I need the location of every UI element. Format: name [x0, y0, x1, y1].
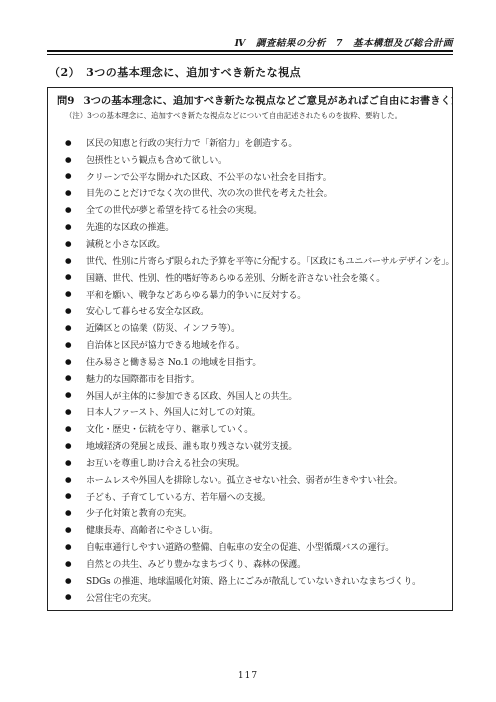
opinion-item: ●健康長寿、高齢者にやさしい街。	[65, 521, 448, 538]
opinion-text: 公営住宅の充実。	[86, 591, 156, 604]
opinion-text: 近隣区との協業（防災、インフラ等）。	[86, 321, 240, 334]
opinion-text: 安心して暮らせる安全な区政。	[86, 304, 209, 317]
bullet-icon: ●	[65, 156, 86, 164]
opinion-item: ●包摂性という観点も含めて欲しい。	[65, 151, 448, 168]
opinion-item: ●文化・歴史・伝統を守り、継承していく。	[65, 420, 448, 437]
bullet-icon: ●	[65, 391, 86, 399]
opinion-item: ●公営住宅の充実。	[65, 589, 448, 606]
bullet-icon: ●	[65, 206, 86, 214]
opinion-item: ●外国人が主体的に参加できる区政、外国人との共生。	[65, 387, 448, 404]
opinion-item: ●平和を願い、戦争などあらゆる暴力的争いに反対する。	[65, 286, 448, 303]
opinion-text: 子ども、子育てしている方、若年層への支援。	[86, 490, 271, 503]
opinion-item: ●減税と小さな区政。	[65, 235, 448, 252]
note-text: （注）3つの基本理念に、追加すべき新たな視点などについて自由記述されたものを抜粋…	[48, 111, 452, 121]
bullet-icon: ●	[65, 476, 86, 484]
question-text: 3つの基本理念に、追加すべき新たな視点などご意見があればご自由にお書きください。	[83, 95, 453, 108]
bullet-icon: ●	[65, 509, 86, 517]
bullet-icon: ●	[65, 189, 86, 197]
opinion-item: ●魅力的な国際都市を目指す。	[65, 370, 448, 387]
opinion-text: 健康長寿、高齢者にやさしい街。	[86, 523, 218, 536]
opinion-text: 目先のことだけでなく次の世代、次の次の世代を考えた社会。	[86, 186, 332, 199]
bullet-icon: ●	[65, 526, 86, 534]
opinion-item: ●自然との共生、みどり豊かなまちづくり、森林の保護。	[65, 555, 448, 572]
question-row: 問9 3つの基本理念に、追加すべき新たな視点などご意見があればご自由にお書きくだ…	[48, 88, 452, 108]
bullet-icon: ●	[65, 324, 86, 332]
opinion-text: 先進的な区政の推進。	[86, 220, 174, 233]
bullet-icon: ●	[65, 341, 86, 349]
section-title: （2） 3つの基本理念に、追加すべき新たな視点	[49, 64, 301, 80]
opinion-list: ●区民の知恵と行政の実行力で「新宿力」を創造する。 ●包摂性という観点も含めて欲…	[48, 134, 452, 606]
opinion-text: 国籍、世代、性別、性的嗜好等あらゆる差別、分断を許さない社会を築く。	[86, 271, 385, 284]
opinion-text: 平和を願い、戦争などあらゆる暴力的争いに反対する。	[86, 288, 306, 301]
opinion-item: ●お互いを尊重し助け合える社会の実現。	[65, 454, 448, 471]
opinion-text: 住み易さと働き易さ No.1 の地域を目指す。	[86, 355, 261, 368]
opinion-text: 日本人ファースト、外国人に対しての対策。	[86, 405, 261, 418]
opinion-text: 自転車通行しやすい道路の整備、自転車の安全の促進、小型循環バスの運行。	[86, 540, 394, 553]
opinion-text: 減税と小さな区政。	[86, 237, 165, 250]
bullet-icon: ●	[65, 560, 86, 568]
question-label: 問9	[57, 95, 74, 108]
bullet-icon: ●	[65, 425, 86, 433]
opinion-item: ●地域経済の発展と成長、誰も取り残さない就労支援。	[65, 437, 448, 454]
opinion-item: ●自転車通行しやすい道路の整備、自転車の安全の促進、小型循環バスの運行。	[65, 538, 448, 555]
opinion-text: 世代、性別に片寄らず限られた予算を平等に分配する。「区政にもユニバーサルデザイン…	[86, 254, 453, 267]
opinion-item: ●全ての世代が夢と希望を持てる社会の実現。	[65, 201, 448, 218]
opinion-item: ●近隣区との協業（防災、インフラ等）。	[65, 319, 448, 336]
opinion-text: 外国人が主体的に参加できる区政、外国人との共生。	[86, 389, 297, 402]
opinion-text: お互いを尊重し助け合える社会の実現。	[86, 456, 244, 469]
opinion-item: ●少子化対策と教育の充実。	[65, 505, 448, 522]
opinion-text: 区民の知恵と行政の実行力で「新宿力」を創造する。	[86, 136, 297, 149]
opinion-item: ●先進的な区政の推進。	[65, 218, 448, 235]
opinion-text: 地域経済の発展と成長、誰も取り残さない就労支援。	[86, 439, 297, 452]
bullet-icon: ●	[65, 257, 86, 265]
opinion-item: ●目先のことだけでなく次の世代、次の次の世代を考えた社会。	[65, 185, 448, 202]
bullet-icon: ●	[65, 139, 86, 147]
bullet-icon: ●	[65, 543, 86, 551]
bullet-icon: ●	[65, 273, 86, 281]
opinion-text: 自然との共生、みどり豊かなまちづくり、森林の保護。	[86, 557, 306, 570]
opinion-text: 全ての世代が夢と希望を持てる社会の実現。	[86, 203, 262, 216]
opinion-item: ●SDGs の推進、地球温暖化対策、路上にごみが散乱していないきれいなまちづくり…	[65, 572, 448, 589]
opinion-text: クリーンで公平な開かれた区政、不公平のない社会を目指す。	[86, 170, 332, 183]
opinion-item: ●国籍、世代、性別、性的嗜好等あらゆる差別、分断を許さない社会を築く。	[65, 269, 448, 286]
bullet-icon: ●	[65, 307, 86, 315]
bullet-icon: ●	[65, 290, 86, 298]
opinion-item: ●世代、性別に片寄らず限られた予算を平等に分配する。「区政にもユニバーサルデザイ…	[65, 252, 448, 269]
page-header: Ⅳ 調査結果の分析 7 基本構想及び総合計画	[47, 35, 453, 49]
question-box: 問9 3つの基本理念に、追加すべき新たな視点などご意見があればご自由にお書きくだ…	[47, 87, 453, 611]
bullet-icon: ●	[65, 577, 86, 585]
opinion-item: ●ホームレスや外国人を排除しない。孤立させない社会、弱者が生きやすい社会。	[65, 471, 448, 488]
opinion-text: SDGs の推進、地球温暖化対策、路上にごみが散乱していないきれいなまちづくり。	[86, 574, 421, 587]
header-rule	[47, 50, 453, 55]
opinion-text: 自治体と区民が協力できる地域を作る。	[86, 338, 244, 351]
bullet-icon: ●	[65, 172, 86, 180]
opinion-text: ホームレスや外国人を排除しない。孤立させない社会、弱者が生きやすい社会。	[86, 473, 403, 486]
page-number: 117	[0, 671, 496, 681]
bullet-icon: ●	[65, 492, 86, 500]
opinion-text: 少子化対策と教育の充実。	[86, 506, 192, 519]
bullet-icon: ●	[65, 358, 86, 366]
bullet-icon: ●	[65, 459, 86, 467]
opinion-item: ●区民の知恵と行政の実行力で「新宿力」を創造する。	[65, 134, 448, 151]
opinion-item: ●安心して暮らせる安全な区政。	[65, 302, 448, 319]
bullet-icon: ●	[65, 593, 86, 601]
bullet-icon: ●	[65, 374, 86, 382]
opinion-item: ●クリーンで公平な開かれた区政、不公平のない社会を目指す。	[65, 168, 448, 185]
opinion-item: ●子ども、子育てしている方、若年層への支援。	[65, 488, 448, 505]
bullet-icon: ●	[65, 223, 86, 231]
opinion-text: 魅力的な国際都市を目指す。	[86, 372, 200, 385]
bullet-icon: ●	[65, 442, 86, 450]
opinion-text: 包摂性という観点も含めて欲しい。	[86, 153, 227, 166]
bullet-icon: ●	[65, 408, 86, 416]
bullet-icon: ●	[65, 240, 86, 248]
opinion-text: 文化・歴史・伝統を守り、継承していく。	[86, 422, 253, 435]
opinion-item: ●住み易さと働き易さ No.1 の地域を目指す。	[65, 353, 448, 370]
opinion-item: ●日本人ファースト、外国人に対しての対策。	[65, 404, 448, 421]
opinion-item: ●自治体と区民が協力できる地域を作る。	[65, 336, 448, 353]
